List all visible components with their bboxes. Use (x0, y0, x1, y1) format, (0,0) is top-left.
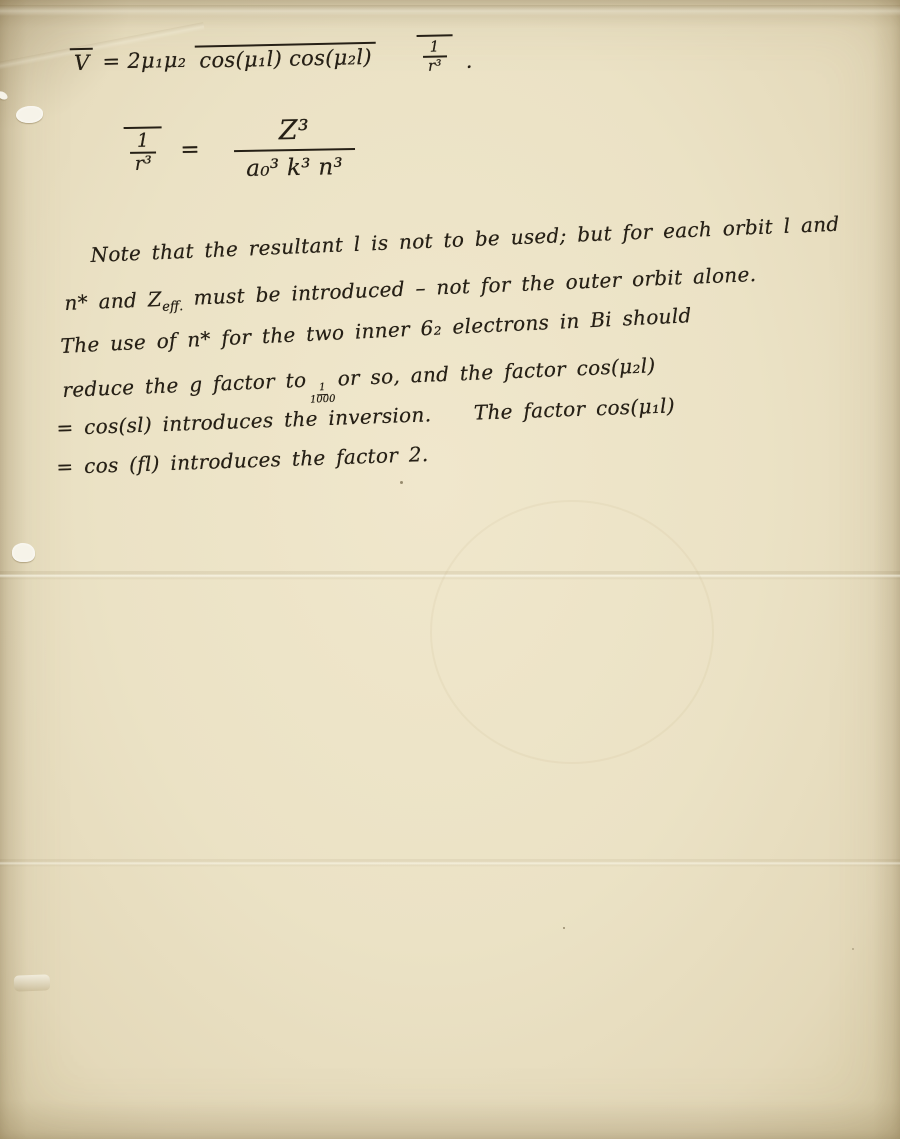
manuscript-page: V = 2μ₁μ₂ cos(μ₁l) cos(μ₂l) 1 r³ . 1 r³ … (0, 0, 900, 1139)
cosine-terms-overlined: cos(μ₁l) cos(μ₂l) (195, 42, 376, 73)
ink-speck (400, 481, 403, 484)
z-cubed-fraction: Z³ a₀³ k³ n³ (233, 114, 355, 183)
paper-speck (852, 948, 854, 950)
equals-sign: = (180, 137, 200, 163)
paper-emboss-mark (14, 974, 51, 991)
equation-coefficients: = 2μ₁μ₂ (102, 47, 186, 73)
one-thousandth-fraction: 11000 (309, 383, 335, 406)
equation-period: . (466, 49, 473, 73)
note-line-4-pre: reduce the g factor to (62, 368, 307, 402)
mean-inverse-r-cubed: 1 r³ (416, 34, 453, 74)
fold-crease-lower (0, 859, 900, 867)
paper-watermark (430, 500, 714, 764)
paper-tear-edge (0, 90, 9, 102)
note-line-2-pre: n* and Z (64, 287, 162, 315)
note-line-4-post: or so, and the factor cos(μ₂l) (337, 353, 656, 390)
paper-tear-spot (12, 543, 35, 562)
vbar-symbol: V (70, 48, 94, 75)
fold-crease-middle (0, 571, 900, 580)
equation-r-cubed-expansion: 1 r³ = Z³ a₀³ k³ n³ (123, 114, 355, 184)
fold-crease-top (0, 5, 900, 16)
z-effective-subscript: eff. (162, 299, 184, 315)
mean-inverse-r-cubed: 1 r³ (124, 127, 163, 175)
paper-speck (563, 927, 565, 929)
equation-mean-potential: V = 2μ₁μ₂ cos(μ₁l) cos(μ₂l) 1 r³ . (70, 34, 473, 81)
paper-tear-spot (16, 106, 43, 123)
note-line-6: = cos (fl) introduces the factor 2. (56, 442, 429, 479)
note-line-1: Note that the resultant l is not to be u… (90, 212, 840, 267)
note-line-2-post: must be introduced – not for the outer o… (182, 262, 756, 310)
